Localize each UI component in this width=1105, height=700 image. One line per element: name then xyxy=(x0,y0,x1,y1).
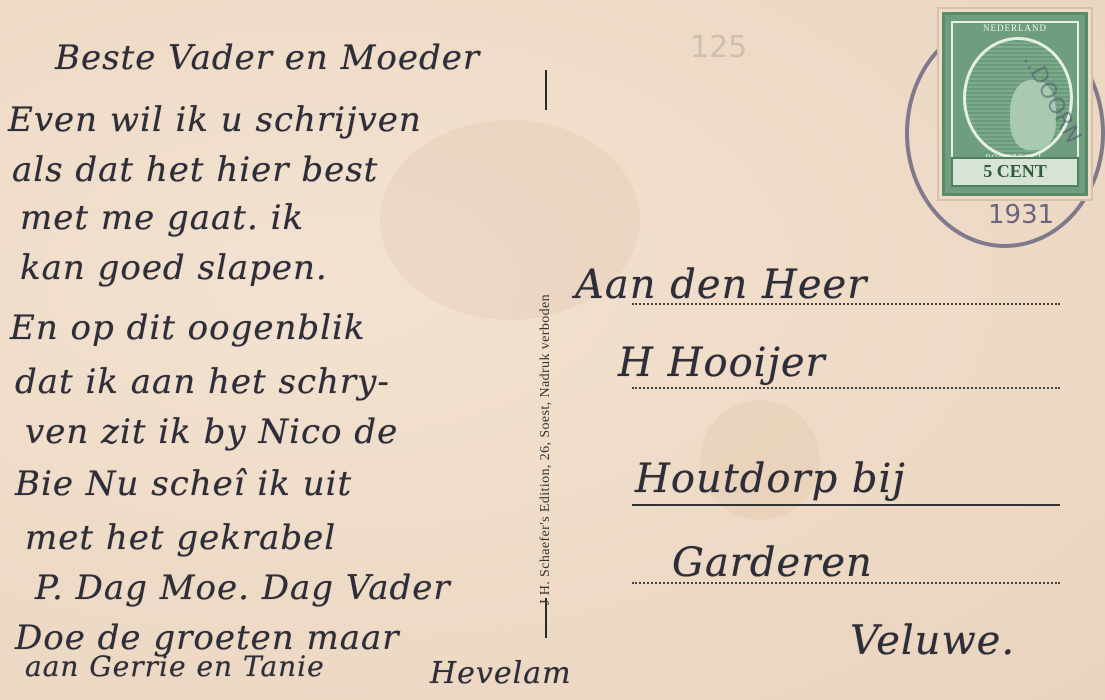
message-line: P. Dag Moe. Dag Vader xyxy=(35,568,451,608)
stamp-country: NEDERLAND xyxy=(945,23,1085,33)
postmark-year: 1931 xyxy=(988,200,1054,230)
message-line: als dat het hier best xyxy=(12,150,378,190)
postcard-back: 125 Beste Vader en Moeder Even wil ik u … xyxy=(0,0,1105,700)
stamp-value: 5 CENT xyxy=(951,157,1079,187)
message-line: Beste Vader en Moeder xyxy=(55,38,480,78)
address-line: Aan den Heer xyxy=(575,262,867,308)
message-line: met me gaat. ik xyxy=(20,198,304,238)
address-line: Garderen xyxy=(672,540,873,586)
address-line: Veluwe. xyxy=(850,618,1015,664)
address-rule xyxy=(632,504,1060,506)
address-line: H Hooijer xyxy=(618,340,826,386)
message-line: En op dit oogenblik xyxy=(10,308,366,348)
message-line: Even wil ik u schrijven xyxy=(8,100,422,140)
message-line: ven zit ik by Nico de xyxy=(25,412,398,452)
message-line: aan Gerrie en Tanie xyxy=(25,650,325,683)
address-line: Houtdorp bij xyxy=(635,456,906,502)
message-line: kan goed slapen. xyxy=(20,248,328,288)
message-line: dat ik aan het schry- xyxy=(15,362,390,402)
signature: Hevelam xyxy=(430,656,572,691)
address-rule xyxy=(632,387,1060,389)
divider-line xyxy=(545,70,547,110)
message-line: Bie Nu scheî ik uit xyxy=(15,464,352,504)
pencil-note: 125 xyxy=(690,30,747,65)
publisher-imprint: J H. Schaefer's Edition, 26, Soest, Nadr… xyxy=(538,294,554,605)
message-line: met het gekrabel xyxy=(25,518,336,558)
